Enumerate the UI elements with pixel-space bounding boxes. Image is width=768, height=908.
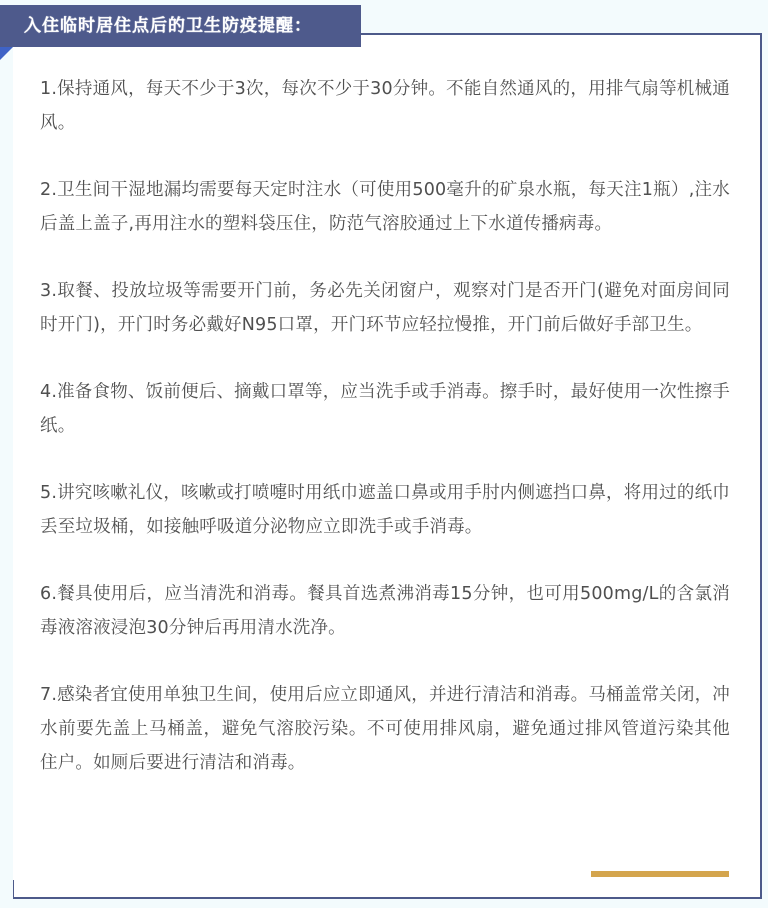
tip-item: 1.保持通风，每天不少于3次，每次不少于30分钟。不能自然通风的，用排气扇等机械… bbox=[40, 72, 730, 140]
tip-item: 4.准备食物、饭前便后、摘戴口罩等，应当洗手或手消毒。擦手时，最好使用一次性擦手… bbox=[40, 375, 730, 443]
tips-list: 1.保持通风，每天不少于3次，每次不少于30分钟。不能自然通风的，用排气扇等机械… bbox=[40, 72, 730, 813]
banner-corner-triangle bbox=[0, 47, 13, 60]
title-banner: 入住临时居住点后的卫生防疫提醒： bbox=[0, 5, 361, 47]
gold-divider bbox=[591, 871, 729, 877]
tip-item: 5.讲究咳嗽礼仪，咳嗽或打喷嚏时用纸巾遮盖口鼻或用手肘内侧遮挡口鼻，将用过的纸巾… bbox=[40, 476, 730, 544]
tip-item: 6.餐具使用后，应当清洗和消毒。餐具首选煮沸消毒15分钟，也可用500mg/L的… bbox=[40, 577, 730, 645]
tip-item: 2.卫生间干湿地漏均需要每天定时注水（可使用500毫升的矿泉水瓶，每天注1瓶）,… bbox=[40, 173, 730, 241]
page-title: 入住临时居住点后的卫生防疫提醒： bbox=[24, 16, 312, 36]
tip-item: 3.取餐、投放垃圾等需要开门前，务必先关闭窗户，观察对门是否开门(避免对面房间同… bbox=[40, 274, 730, 342]
card-border-corner bbox=[13, 880, 14, 899]
tip-item: 7.感染者宜使用单独卫生间，使用后应立即通风，并进行清洁和消毒。马桶盖常关闭，冲… bbox=[40, 678, 730, 780]
